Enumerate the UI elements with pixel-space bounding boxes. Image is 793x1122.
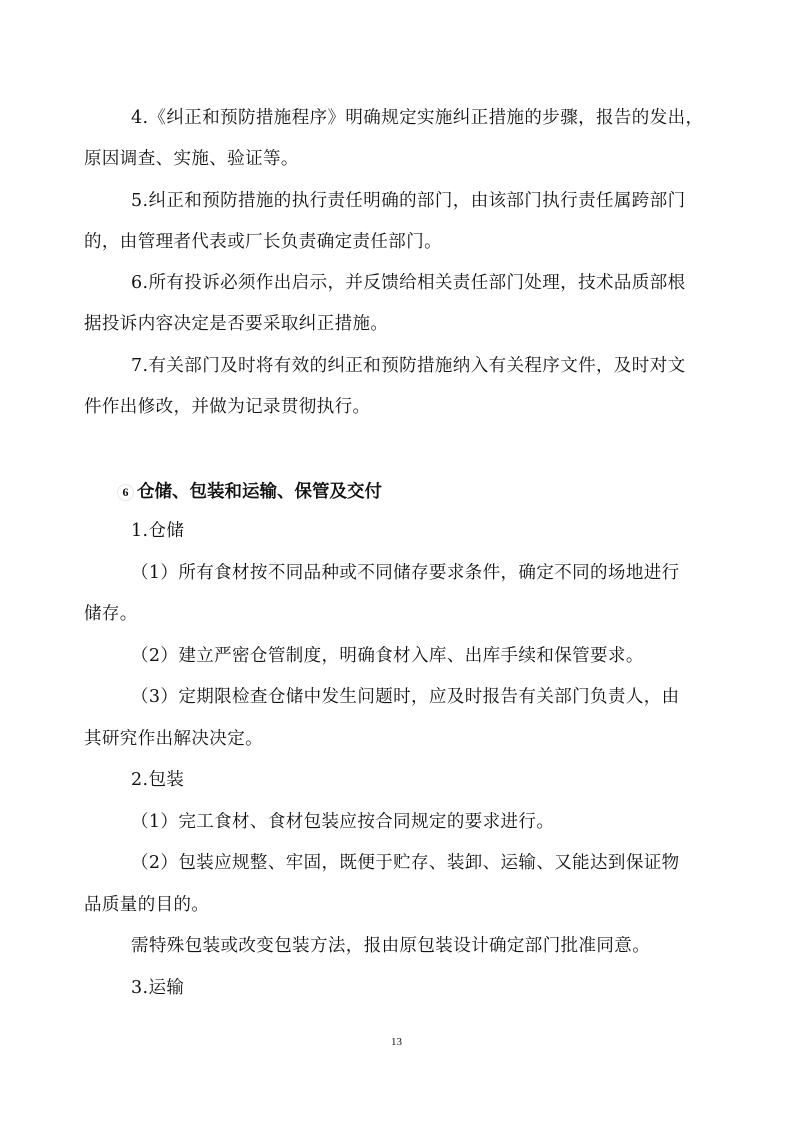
packaging-note: 需特殊包装或改变包装方法，报由原包装设计确定部门批准同意。 (131, 935, 650, 957)
subsection-storage: 1.仓储 (131, 520, 184, 542)
subsection-packaging: 2.包装 (131, 769, 184, 791)
paragraph-6-line-2: 据投诉内容决定是否要采取纠正措施。 (84, 313, 388, 335)
storage-item-1-line-2: 储存。 (84, 603, 138, 625)
paragraph-5-line-1: 5.纠正和预防措施的执行责任明确的部门，由该部门执行责任属跨部门 (131, 190, 686, 212)
storage-item-2: （2）建立严密仓管制度，明确食材入库、出库手续和保管要求。 (131, 645, 644, 667)
document-page: 4.《纠正和预防措施程序》明确规定实施纠正措施的步骤，报告的发出， 原因调查、实… (0, 0, 793, 1122)
paragraph-5-line-2: 的，由管理者代表或厂长负责确定责任部门。 (84, 231, 442, 253)
paragraph-7-line-1: 7.有关部门及时将有效的纠正和预防措施纳入有关程序文件，及时对文 (131, 355, 686, 377)
packaging-item-2-line-2: 品质量的目的。 (84, 894, 209, 916)
packaging-item-1: （1）完工食材、食材包装应按合同规定的要求进行。 (131, 811, 554, 833)
page-number: 13 (0, 1036, 793, 1048)
section-number-marker: 6 (117, 484, 134, 501)
storage-item-3-line-2: 其研究作出解决决定。 (84, 728, 263, 750)
section-heading: 6仓储、包装和运输、保管及交付 (117, 478, 382, 503)
storage-item-3-line-1: （3）定期限检查仓储中发生问题时，应及时报告有关部门负责人，由 (131, 686, 680, 708)
paragraph-7-line-2: 件作出修改，并做为记录贯彻执行。 (84, 396, 370, 418)
packaging-item-2-line-1: （2）包装应规整、牢固，既便于贮存、装卸、运输、又能达到保证物 (131, 852, 680, 874)
paragraph-4-line-2: 原因调查、实施、验证等。 (84, 148, 299, 170)
storage-item-1-line-1: （1）所有食材按不同品种或不同储存要求条件，确定不同的场地进行 (131, 562, 680, 584)
section-title: 仓储、包装和运输、保管及交付 (137, 482, 382, 502)
paragraph-4-line-1: 4.《纠正和预防措施程序》明确规定实施纠正措施的步骤，报告的发出， (131, 107, 703, 129)
paragraph-6-line-1: 6.所有投诉必须作出启示，并反馈给相关责任部门处理，技术品质部根 (131, 272, 686, 294)
subsection-transport: 3.运输 (131, 977, 184, 999)
